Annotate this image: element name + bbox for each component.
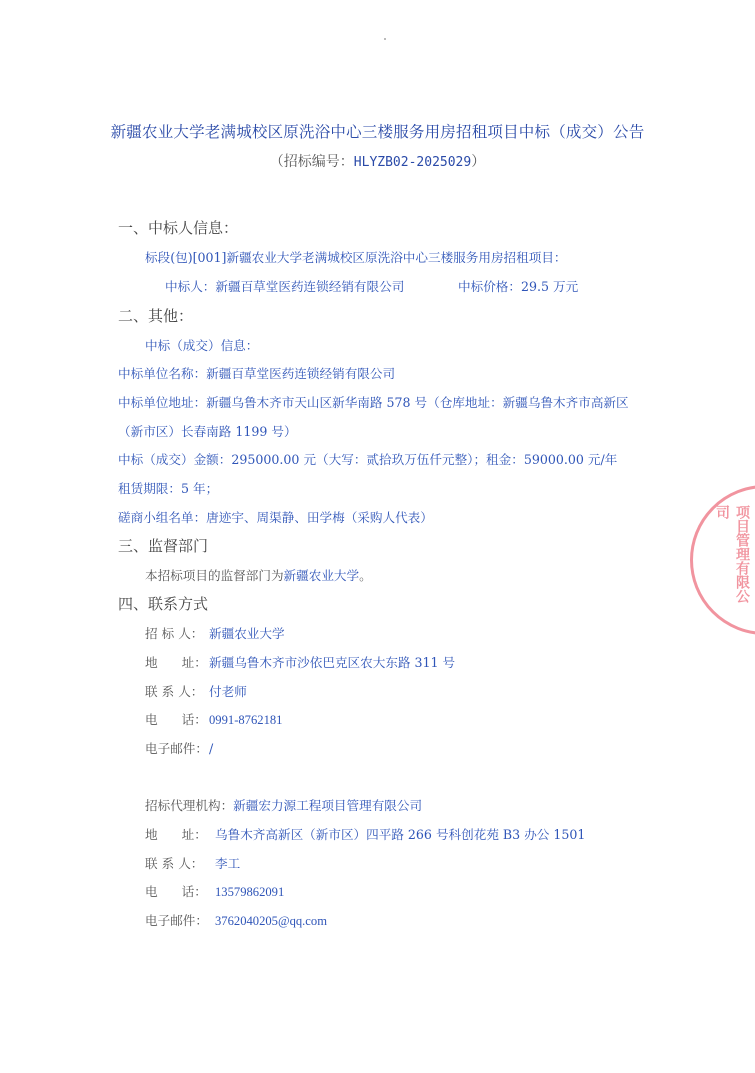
winner-label: 中标人： bbox=[165, 279, 215, 294]
panel-list: 磋商小组名单：唐迹宇、周渠静、田学梅（采购人代表） bbox=[118, 507, 433, 526]
unit-address-line2: （新市区）长春南路 1199 号） bbox=[118, 421, 297, 440]
bid-number: HLYZB02-2025029 bbox=[354, 155, 471, 170]
tenderer-contact-row: 联 系 人：付老师 bbox=[145, 681, 247, 700]
agency-address: 乌鲁木齐高新区（新市区）四平路 266 号科创花苑 B3 办公 1501 bbox=[215, 827, 585, 842]
tenderer-name-label: 招 标 人： bbox=[145, 623, 209, 642]
supervision-org: 新疆农业大学 bbox=[284, 568, 360, 583]
lease-term: 租赁期限：5 年； bbox=[118, 478, 218, 497]
document-title: 新疆农业大学老满城校区原洗浴中心三楼服务用房招租项目中标（成交）公告 bbox=[0, 120, 755, 142]
agency-contact-row: 联 系 人：李工 bbox=[145, 853, 240, 872]
tenderer-email: / bbox=[209, 741, 213, 756]
supervision-suffix: 。 bbox=[359, 568, 372, 583]
tenderer-email-row: 电子邮件：/ bbox=[145, 738, 213, 757]
seal-text: 新疆宏力源工程项目管理有限公司 bbox=[712, 505, 755, 615]
tenderer-phone-row: 电 话：0991-8762181 bbox=[145, 709, 282, 728]
section1-heading: 一、中标人信息： bbox=[118, 217, 238, 238]
tenderer-contact-label: 联 系 人： bbox=[145, 681, 209, 700]
price-value: 29.5 万元 bbox=[521, 279, 578, 294]
tenderer-phone-label: 电 话： bbox=[145, 709, 209, 728]
agency-address-row: 地 址：乌鲁木齐高新区（新市区）四平路 266 号科创花苑 B3 办公 1501 bbox=[145, 824, 585, 843]
deal-amount: 中标（成交）金额：295000.00 元（大写：贰拾玖万伍仟元整）；租金：590… bbox=[118, 449, 617, 468]
supervision-prefix: 本招标项目的监督部门为 bbox=[145, 568, 284, 583]
tenderer-address: 新疆乌鲁木齐市沙依巴克区农大东路 311 号 bbox=[209, 655, 455, 670]
section4-heading: 四、联系方式 bbox=[118, 593, 208, 614]
lot-line: 标段(包)[001]新疆农业大学老满城校区原洗浴中心三楼服务用房招租项目： bbox=[145, 247, 567, 266]
agency-email: 3762040205@qq.com bbox=[215, 914, 327, 928]
price-line: 中标价格：29.5 万元 bbox=[458, 276, 578, 295]
subtitle-suffix: ） bbox=[471, 154, 485, 170]
unit-name: 中标单位名称：新疆百草堂医药连锁经销有限公司 bbox=[118, 363, 395, 382]
tenderer-name-row: 招 标 人：新疆农业大学 bbox=[145, 623, 285, 642]
agency-phone-label: 电 话： bbox=[145, 881, 215, 900]
unit-address-line1: 中标单位地址：新疆乌鲁木齐市天山区新华南路 578 号（仓库地址：新疆乌鲁木齐市… bbox=[118, 392, 629, 411]
price-label: 中标价格： bbox=[458, 279, 521, 294]
agency-phone-row: 电 话：13579862091 bbox=[145, 881, 284, 900]
agency-email-row: 电子邮件：3762040205@qq.com bbox=[145, 910, 327, 929]
document-subtitle: （招标编号：HLYZB02-2025029） bbox=[0, 151, 755, 171]
winner-name: 新疆百草堂医药连锁经销有限公司 bbox=[215, 279, 404, 294]
supervision-text: 本招标项目的监督部门为新疆农业大学。 bbox=[145, 565, 372, 584]
section2-heading: 二、其他： bbox=[118, 305, 193, 326]
tenderer-address-label: 地 址： bbox=[145, 652, 209, 671]
agency-name-row: 招标代理机构：新疆宏力源工程项目管理有限公司 bbox=[145, 795, 422, 814]
tenderer-address-row: 地 址：新疆乌鲁木齐市沙依巴克区农大东路 311 号 bbox=[145, 652, 455, 671]
agency-address-label: 地 址： bbox=[145, 824, 215, 843]
subtitle-prefix: （招标编号： bbox=[270, 154, 354, 170]
scan-speck bbox=[384, 38, 386, 40]
tenderer-name: 新疆农业大学 bbox=[209, 626, 285, 641]
agency-phone: 13579862091 bbox=[215, 885, 284, 899]
tenderer-email-label: 电子邮件： bbox=[145, 738, 209, 757]
winner-line: 中标人：新疆百草堂医药连锁经销有限公司 bbox=[165, 276, 404, 295]
tenderer-phone: 0991-8762181 bbox=[209, 713, 282, 727]
deal-info-heading: 中标（成交）信息： bbox=[145, 335, 258, 354]
section3-heading: 三、监督部门 bbox=[118, 535, 208, 556]
tenderer-contact: 付老师 bbox=[209, 684, 247, 699]
agency-contact: 李工 bbox=[215, 856, 240, 871]
agency-name: 新疆宏力源工程项目管理有限公司 bbox=[233, 798, 422, 813]
agency-contact-label: 联 系 人： bbox=[145, 853, 215, 872]
agency-email-label: 电子邮件： bbox=[145, 910, 215, 929]
agency-name-label: 招标代理机构： bbox=[145, 795, 233, 814]
